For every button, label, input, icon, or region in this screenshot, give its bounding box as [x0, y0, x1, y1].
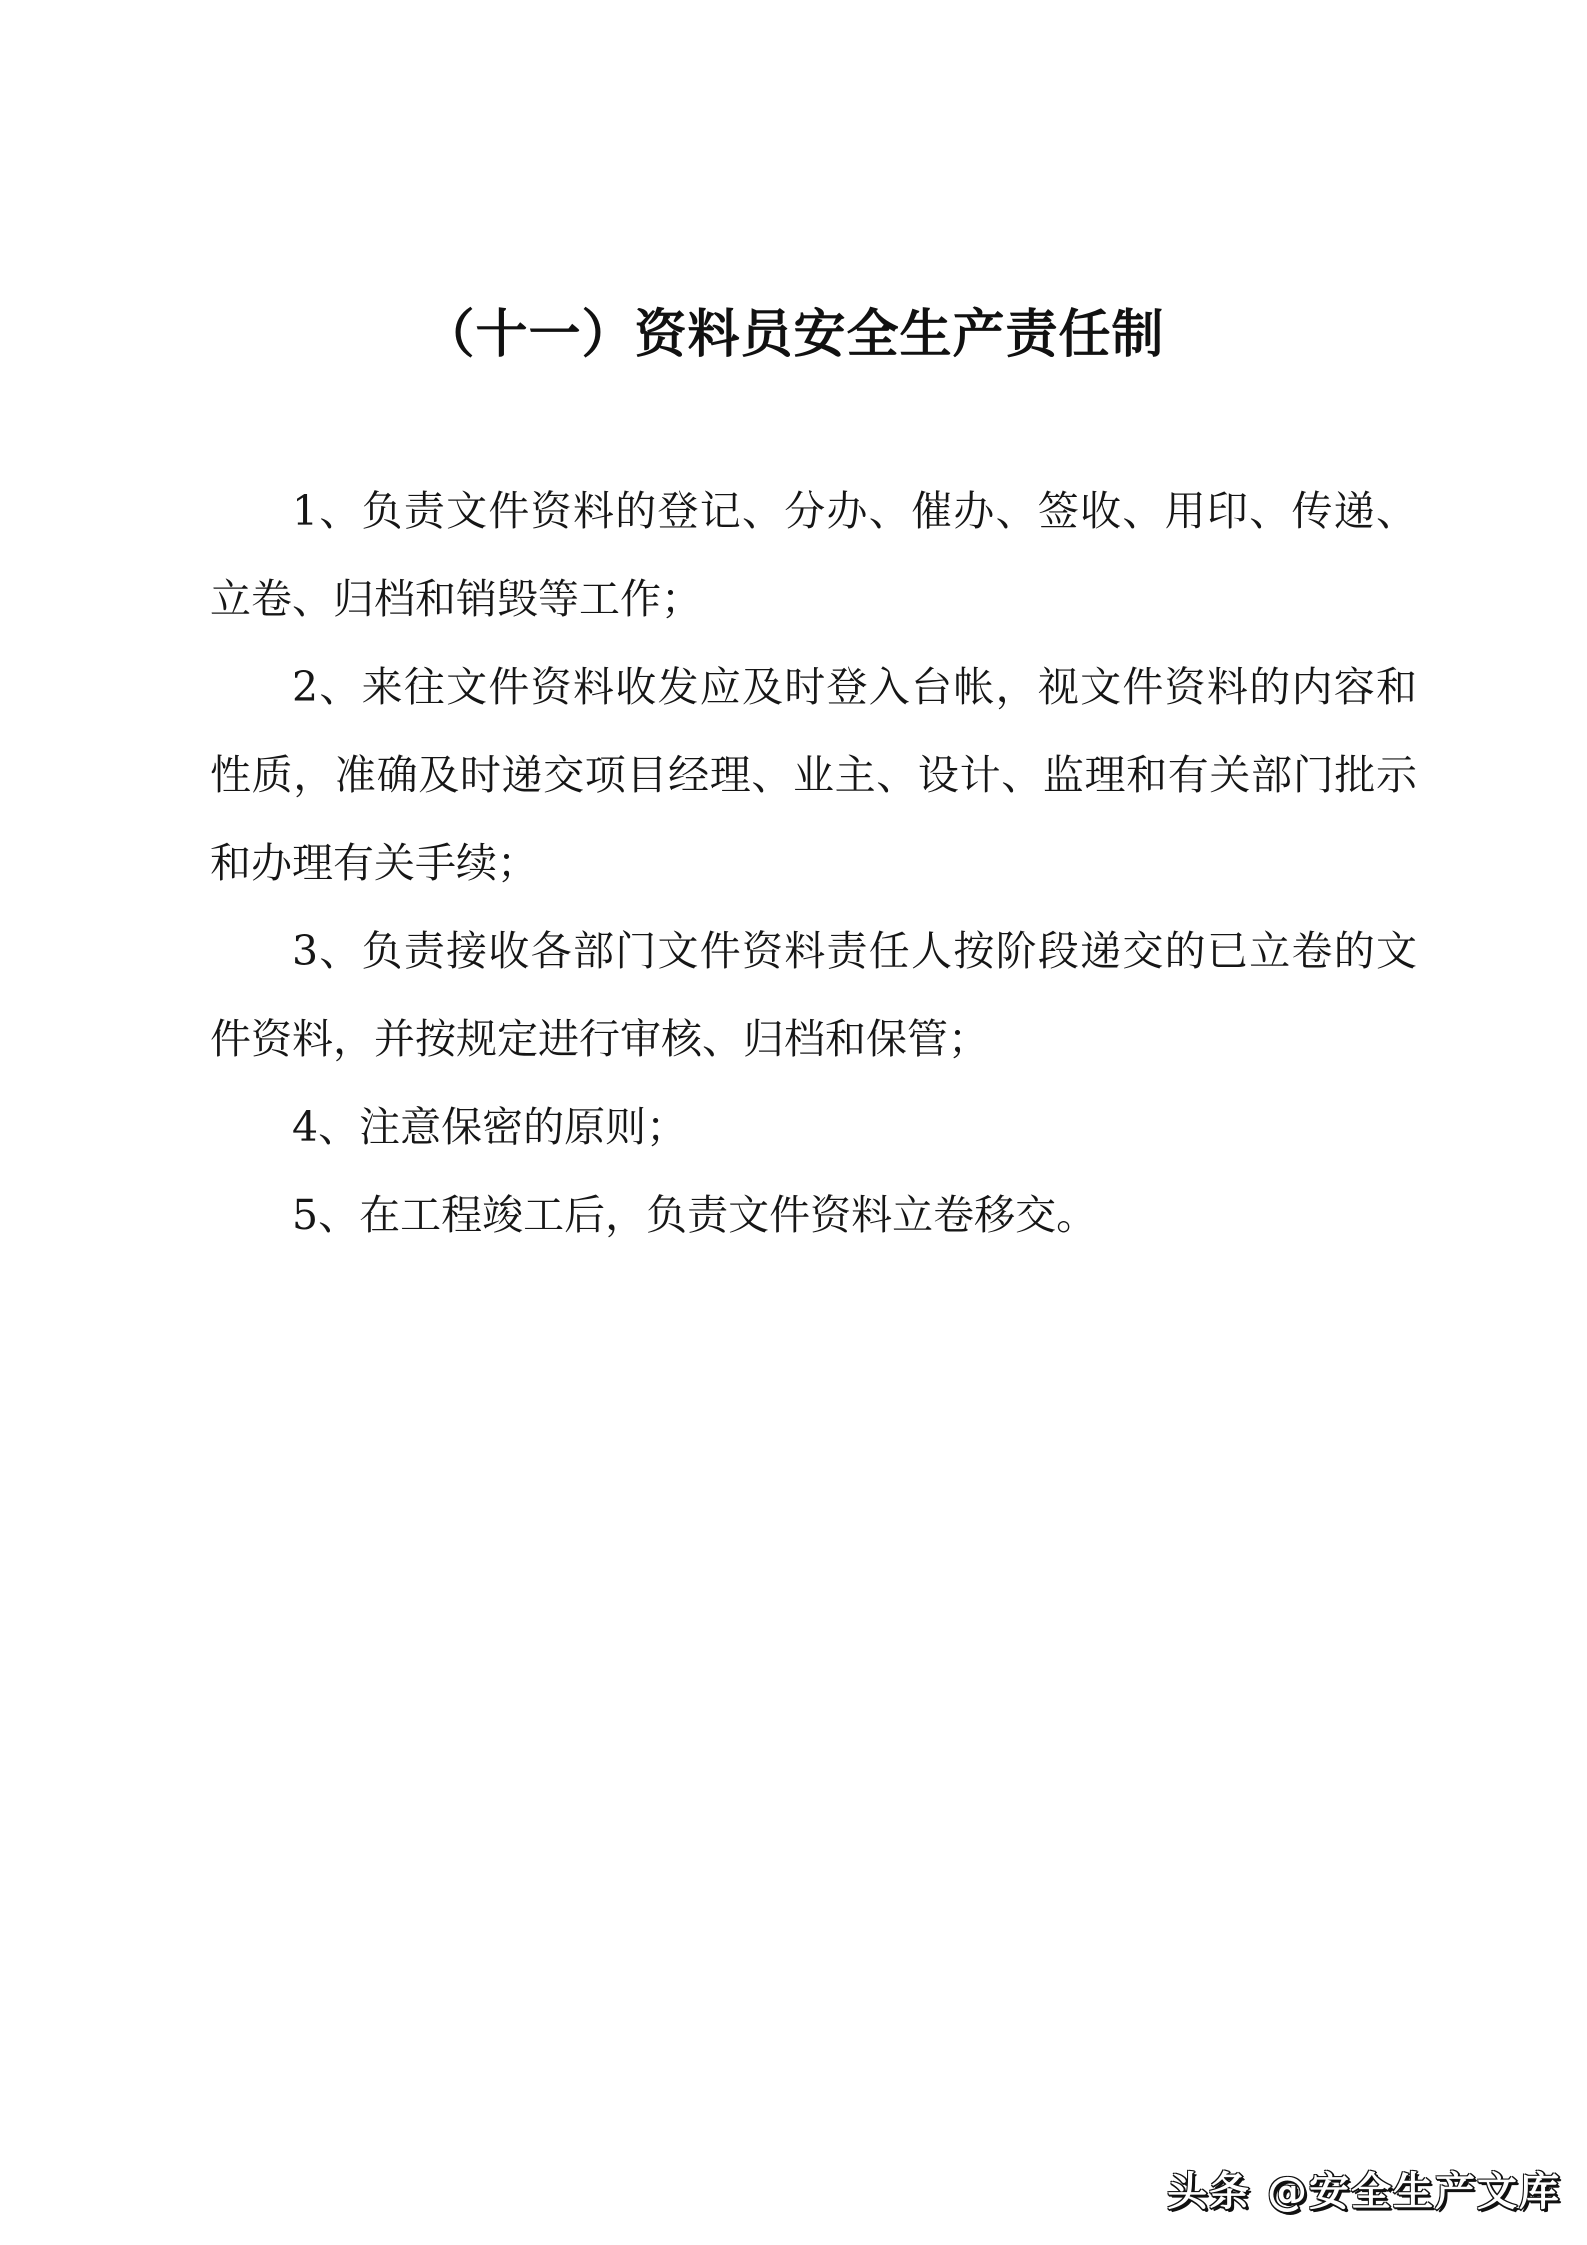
document-body: 1、负责文件资料的登记、分办、催办、签收、用印、传递、立卷、归档和销毁等工作； … — [210, 467, 1417, 1259]
paragraph-duty-2: 2、来往文件资料收发应及时登入台帐，视文件资料的内容和性质，准确及时递交项目经理… — [210, 643, 1417, 907]
document-title: （十一）资料员安全生产责任制 — [0, 292, 1587, 367]
document-page: （十一）资料员安全生产责任制 1、负责文件资料的登记、分办、催办、签收、用印、传… — [0, 0, 1587, 2245]
paragraph-duty-3: 3、负责接收各部门文件资料责任人按阶段递交的已立卷的文件资料，并按规定进行审核、… — [210, 907, 1417, 1083]
paragraph-duty-5: 5、在工程竣工后，负责文件资料立卷移交。 — [210, 1171, 1417, 1259]
paragraph-duty-1: 1、负责文件资料的登记、分办、催办、签收、用印、传递、立卷、归档和销毁等工作； — [210, 467, 1417, 643]
toutiao-watermark: 头条 @安全生产文库 — [1167, 2160, 1561, 2217]
paragraph-duty-4: 4、注意保密的原则； — [210, 1083, 1417, 1171]
